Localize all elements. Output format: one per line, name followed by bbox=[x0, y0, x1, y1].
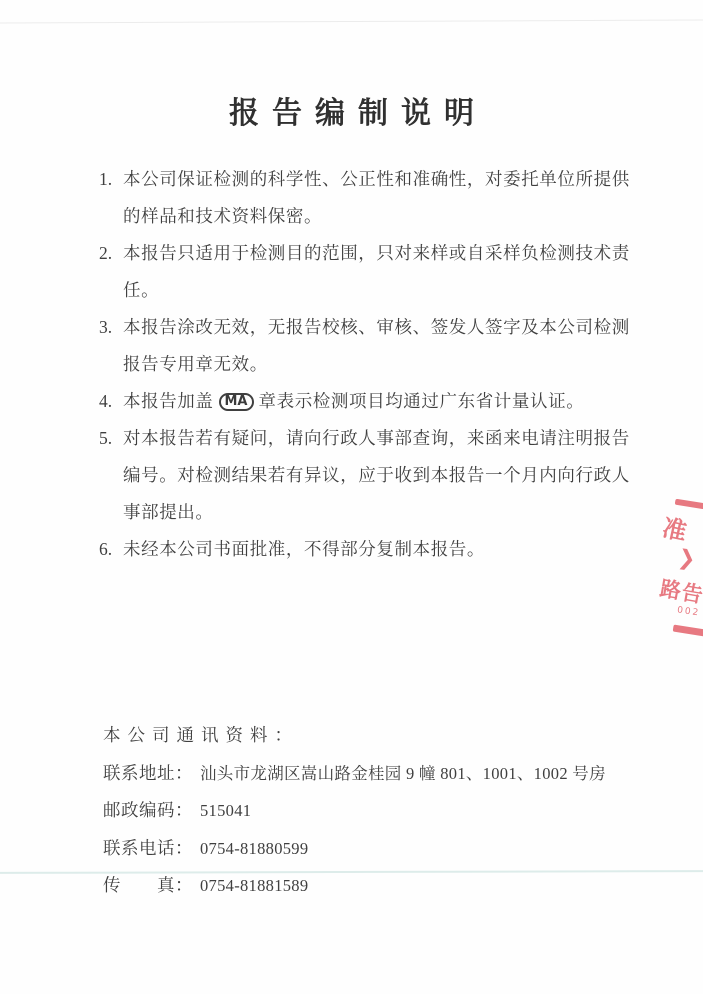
contact-label: 联系电话： bbox=[103, 838, 193, 858]
notes-list: 1.本公司保证检测的科学性、公正性和准确性，对委托单位所提供的样品和技术资料保密… bbox=[99, 161, 639, 568]
contact-value: 515041 bbox=[200, 801, 251, 820]
contact-row: 联系地址：汕头市龙湖区嵩山路金桂园 9 幢 801、1001、1002 号房 bbox=[103, 755, 643, 793]
contact-label: 联系地址： bbox=[103, 763, 193, 783]
note-line: 本报告涂改无效，无报告校核、审核、签发人签字及本公司检测 bbox=[123, 309, 639, 346]
stamp-fragment: 路告 bbox=[658, 572, 703, 609]
note-item: 2.本报告只适用于检测目的范围，只对来样或自采样负检测技术责任。 bbox=[99, 235, 639, 309]
note-line: 对本报告若有疑问，请向行政人事部查询，来函来电请注明报告 bbox=[123, 420, 639, 457]
contact-row: 邮政编码：515041 bbox=[103, 792, 643, 830]
note-number: 3. bbox=[99, 309, 112, 346]
note-item: 6.未经本公司书面批准，不得部分复制本报告。 bbox=[99, 531, 639, 568]
page-title: 报告编制说明 bbox=[0, 88, 703, 132]
stamp-serial-number: 002 bbox=[676, 605, 700, 618]
paper-edge-line bbox=[0, 19, 703, 23]
note-number: 4. bbox=[99, 383, 112, 420]
note-number: 1. bbox=[99, 161, 112, 198]
contact-row: 联系电话：0754-81880599 bbox=[103, 830, 643, 868]
note-line: 未经本公司书面批准，不得部分复制本报告。 bbox=[123, 531, 639, 568]
note-item: 4.本报告加盖MA章表示检测项目均通过广东省计量认证。 bbox=[99, 383, 639, 420]
note-line: 的样品和技术资料保密。 bbox=[123, 198, 639, 235]
stamp-fragment: 准 bbox=[660, 508, 691, 547]
contact-label: 邮政编码： bbox=[103, 800, 193, 820]
note-line: 报告专用章无效。 bbox=[123, 346, 639, 383]
stamp-bar bbox=[673, 625, 703, 637]
contact-block: 本公司通讯资料： 联系地址：汕头市龙湖区嵩山路金桂园 9 幢 801、1001、… bbox=[103, 717, 643, 905]
note-line: 本报告加盖MA章表示检测项目均通过广东省计量认证。 bbox=[123, 383, 639, 420]
contact-rows: 联系地址：汕头市龙湖区嵩山路金桂园 9 幢 801、1001、1002 号房邮政… bbox=[103, 755, 643, 905]
note-number: 5. bbox=[99, 420, 112, 457]
note-number: 2. bbox=[99, 235, 112, 272]
note-number: 6. bbox=[99, 531, 112, 568]
note-line: 本公司保证检测的科学性、公正性和准确性，对委托单位所提供 bbox=[123, 161, 639, 198]
cma-certification-badge: MA bbox=[219, 393, 254, 411]
note-line: 编号。对检测结果若有异议，应于收到本报告一个月内向行政人 bbox=[123, 457, 639, 494]
red-edge-stamp: 准 ❯ 路告 002 bbox=[658, 494, 703, 646]
note-line: 事部提出。 bbox=[123, 494, 639, 531]
contact-header: 本公司通讯资料： bbox=[103, 717, 643, 755]
contact-label: 传 真： bbox=[103, 875, 193, 895]
note-item: 3.本报告涂改无效，无报告校核、审核、签发人签字及本公司检测报告专用章无效。 bbox=[99, 309, 639, 383]
stamp-chevron: ❯ bbox=[676, 545, 697, 571]
note-text: 章表示检测项目均通过广东省计量认证。 bbox=[259, 391, 585, 411]
note-line: 任。 bbox=[123, 272, 639, 309]
contact-value: 0754-81880599 bbox=[200, 839, 308, 858]
note-text: 本报告加盖 bbox=[123, 391, 214, 411]
stamp-bar bbox=[675, 499, 703, 510]
note-line: 本报告只适用于检测目的范围，只对来样或自采样负检测技术责 bbox=[123, 235, 639, 272]
note-item: 1.本公司保证检测的科学性、公正性和准确性，对委托单位所提供的样品和技术资料保密… bbox=[99, 161, 639, 235]
note-item: 5.对本报告若有疑问，请向行政人事部查询，来函来电请注明报告编号。对检测结果若有… bbox=[99, 420, 639, 531]
document-page: 报告编制说明 1.本公司保证检测的科学性、公正性和准确性，对委托单位所提供的样品… bbox=[0, 0, 703, 994]
contact-value: 汕头市龙湖区嵩山路金桂园 9 幢 801、1001、1002 号房 bbox=[200, 764, 606, 783]
contact-value: 0754-81881589 bbox=[200, 876, 308, 895]
